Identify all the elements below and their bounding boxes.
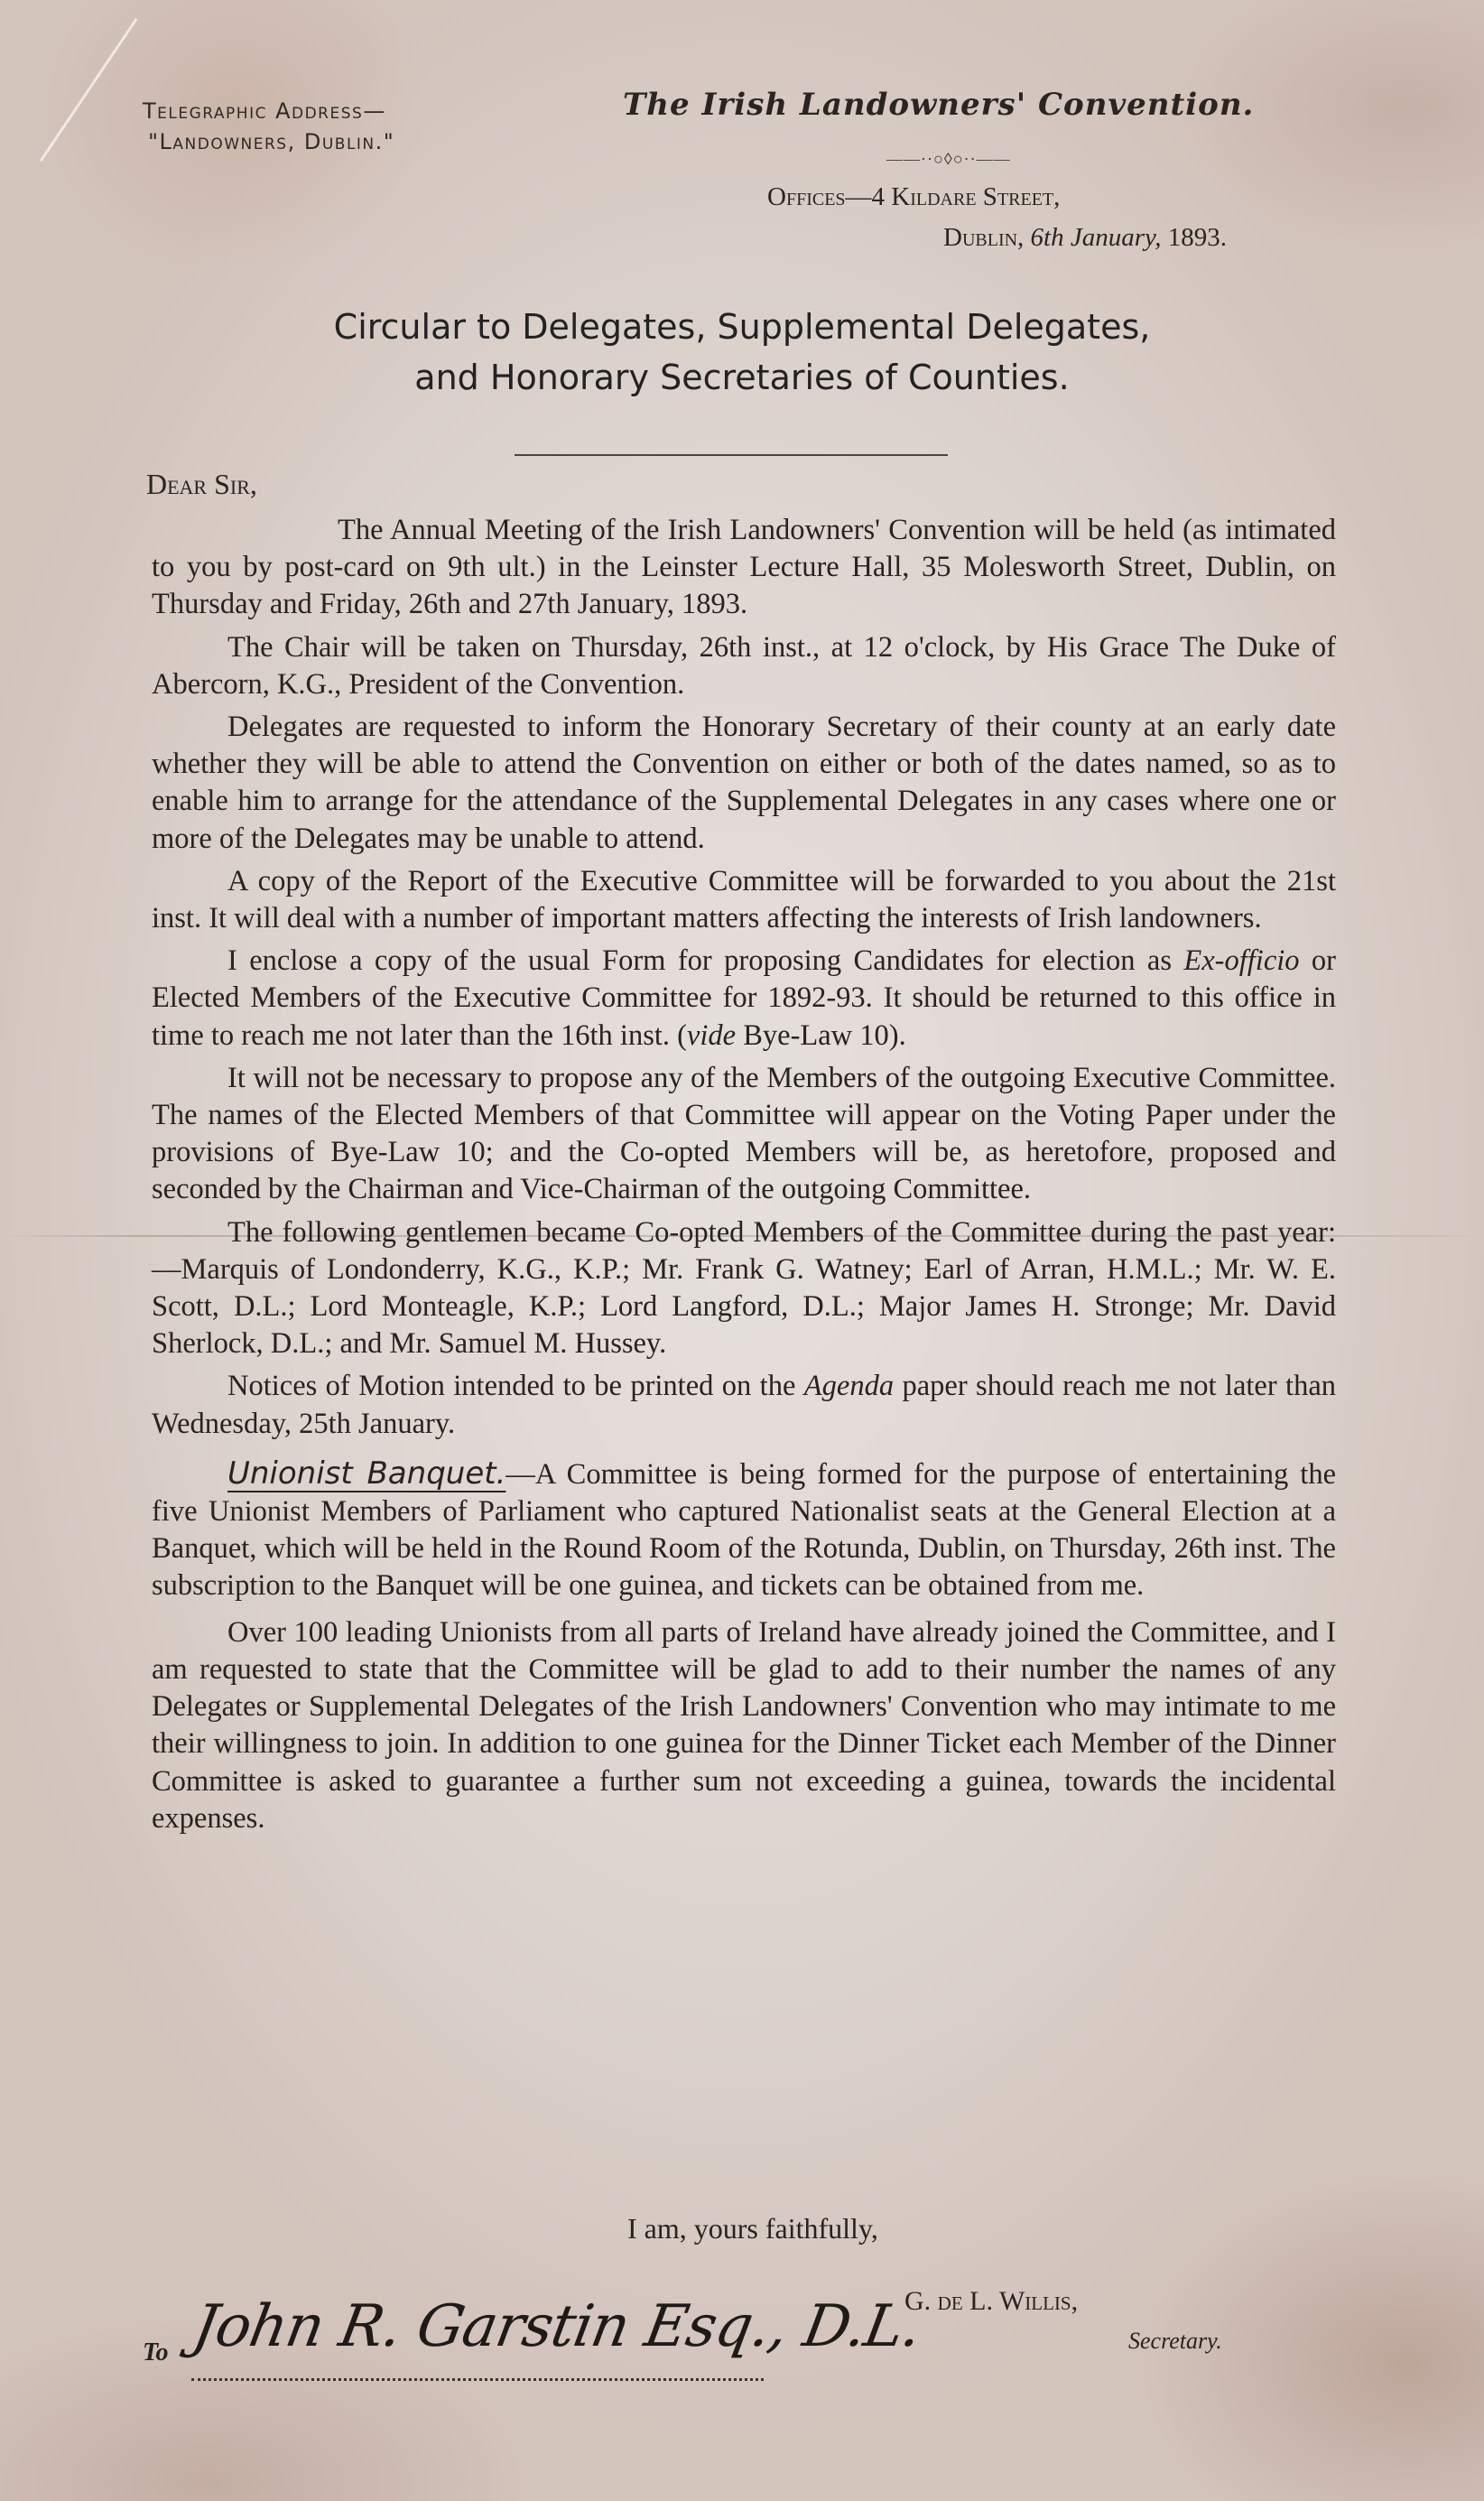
paragraph-delegates: Delegates are requested to inform the Ho…	[152, 709, 1336, 858]
telegraphic-value: "Landowners, Dublin."	[143, 126, 394, 157]
signer-title: Secretary.	[1128, 2328, 1222, 2355]
document-title: Circular to Delegates, Supplemental Dele…	[0, 302, 1484, 403]
salutation: Dear Sir,	[146, 468, 257, 501]
italic-vide: vide	[687, 1019, 736, 1052]
ornament-divider-icon: ——··○◊○··——	[886, 150, 1011, 169]
italic-agenda: Agenda	[804, 1370, 894, 1402]
paragraph-notices-of-motion: Notices of Motion intended to be printed…	[152, 1368, 1336, 1442]
title-line-2: and Honorary Secretaries of Counties.	[0, 352, 1484, 403]
text: I enclose a copy of the usual Form for p…	[227, 944, 1183, 977]
paragraph-co-opted-members: The following gentlemen became Co-opted …	[152, 1214, 1336, 1363]
title-divider	[515, 454, 948, 456]
addressee-dotted-line	[191, 2378, 764, 2381]
letter-page: Telegraphic Address— "Landowners, Dublin…	[0, 0, 1484, 2501]
organization-name: The Irish Landowners' Convention.	[623, 87, 1254, 123]
paragraph-banquet-committee: Over 100 leading Unionists from all part…	[152, 1614, 1336, 1837]
paragraph-enclose-form: I enclose a copy of the usual Form for p…	[152, 943, 1336, 1055]
letter-body: The Annual Meeting of the Irish Landowne…	[152, 512, 1336, 1843]
banquet-heading: Unionist Banquet.	[227, 1455, 505, 1492]
date-day-month: 6th January,	[1031, 223, 1162, 252]
telegraphic-label: Telegraphic Address—	[143, 96, 394, 126]
closing: I am, yours faithfully,	[627, 2212, 878, 2245]
date-city: Dublin,	[943, 223, 1024, 252]
signer-name: G. de L. Willis,	[904, 2286, 1078, 2317]
title-line-1: Circular to Delegates, Supplemental Dele…	[0, 302, 1484, 352]
paragraph-outgoing-committee: It will not be necessary to propose any …	[152, 1060, 1336, 1209]
text: Bye-Law 10).	[736, 1019, 906, 1052]
date-line: Dublin, 6th January, 1893.	[943, 223, 1227, 253]
paragraph-report: A copy of the Report of the Executive Co…	[152, 863, 1336, 937]
addressee-handwritten-name: John R. Garstin Esq., D.L.	[188, 2293, 925, 2360]
text: Notices of Motion intended to be printed…	[227, 1370, 804, 1402]
italic-ex-officio: Ex-officio	[1183, 944, 1299, 977]
paragraph-unionist-banquet: Unionist Banquet.—A Committee is being f…	[152, 1455, 1336, 1605]
office-address: Offices—4 Kildare Street,	[767, 182, 1060, 212]
date-year: 1893.	[1168, 223, 1227, 252]
paper-crease	[40, 18, 138, 162]
addressee-prefix: To	[143, 2338, 169, 2367]
paragraph-chair: The Chair will be taken on Thursday, 26t…	[152, 629, 1336, 703]
paragraph-annual-meeting: The Annual Meeting of the Irish Landowne…	[152, 512, 1336, 624]
telegraphic-address: Telegraphic Address— "Landowners, Dublin…	[143, 96, 394, 157]
